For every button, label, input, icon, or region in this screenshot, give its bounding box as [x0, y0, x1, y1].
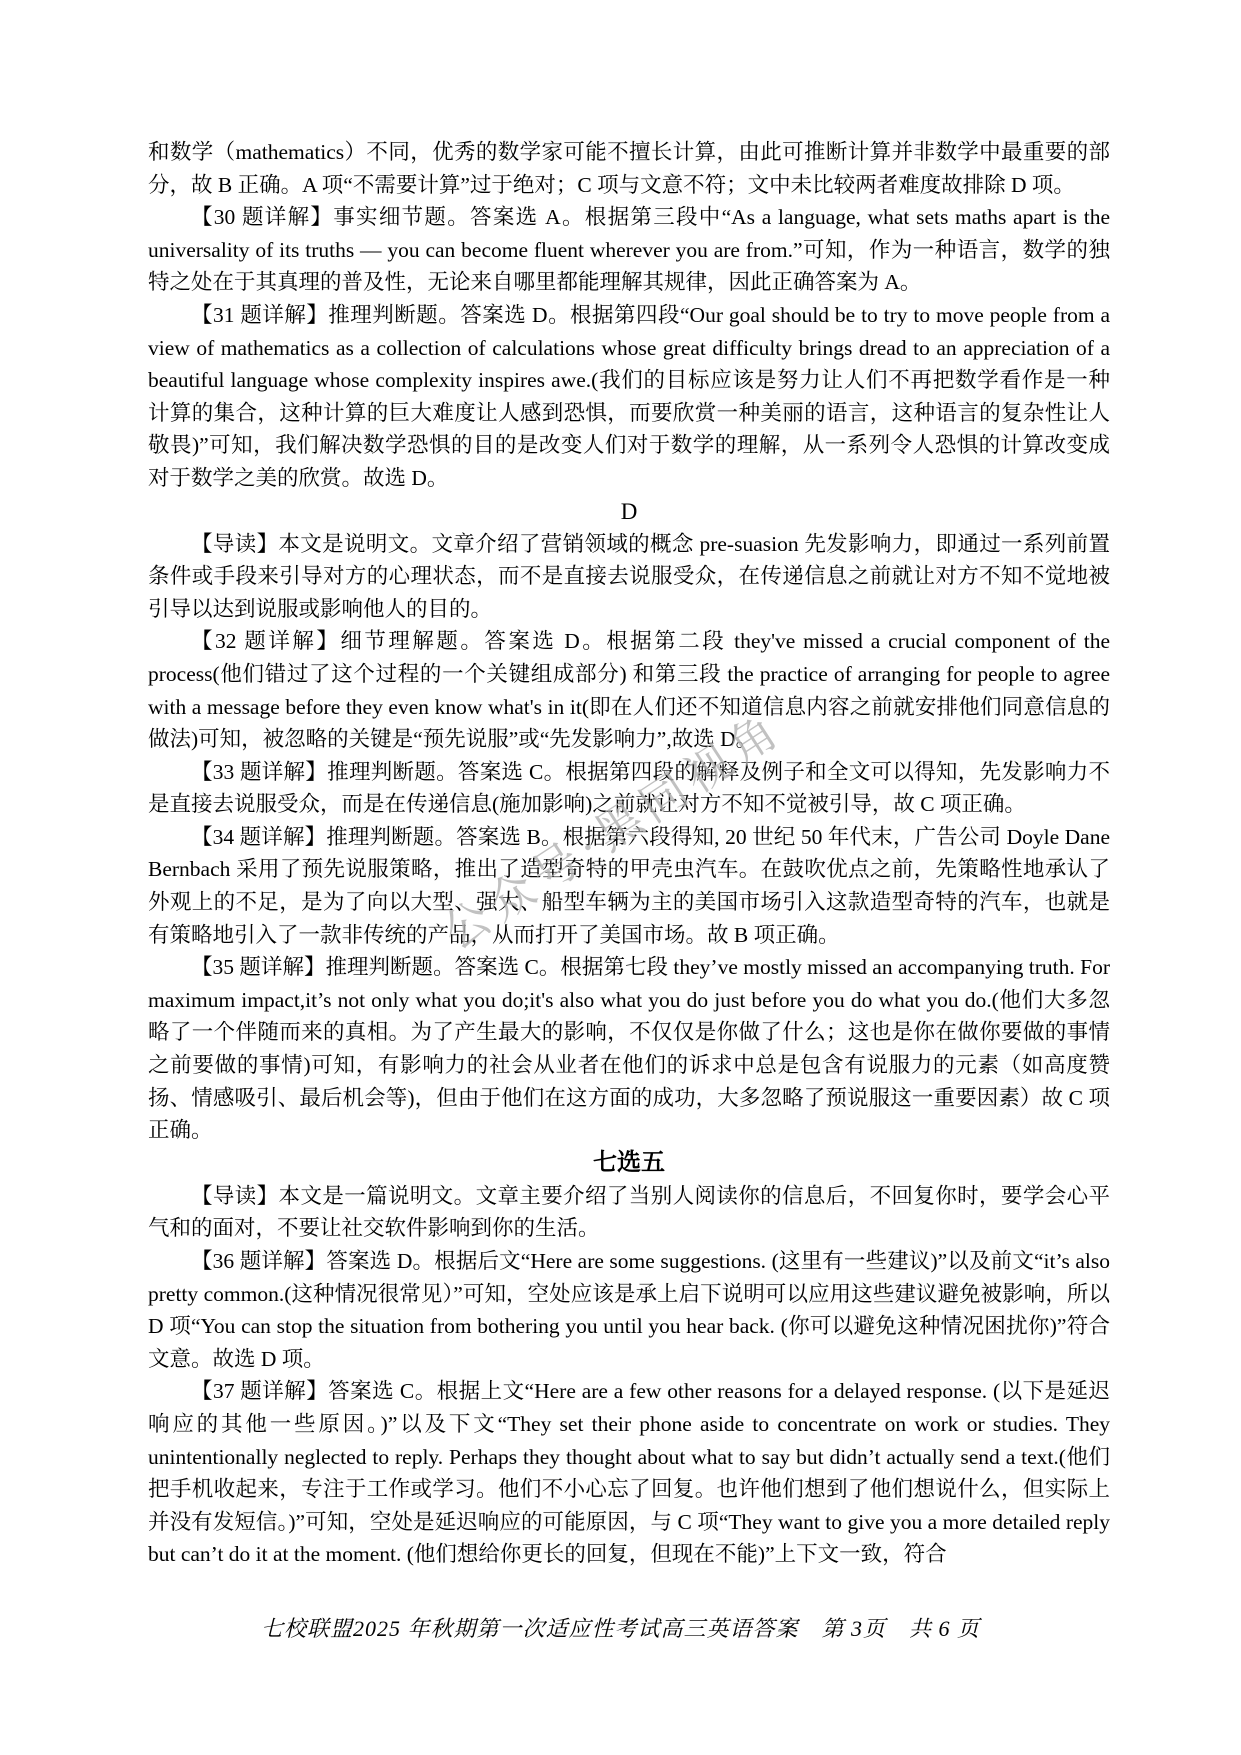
cloze-intro: 【导读】本文是一篇说明文。文章主要介绍了当别人阅读你的信息后，不回复你时，要学会… — [148, 1180, 1110, 1245]
explanation-q33: 【33 题详解】推理判断题。答案选 C。根据第四段的解释及例子和全文可以得知，先… — [148, 756, 1110, 821]
document-page: 公众号·黑同视角 和数学（mathematics）不同，优秀的数学家可能不擅长计… — [0, 0, 1241, 1755]
section-heading-d: D — [148, 495, 1110, 528]
explanation-q30: 【30 题详解】事实细节题。答案选 A。根据第三段中“As a language… — [148, 201, 1110, 299]
paragraph-continuation: 和数学（mathematics）不同，优秀的数学家可能不擅长计算，由此可推断计算… — [148, 136, 1110, 201]
section-heading-cloze: 七选五 — [148, 1147, 1110, 1180]
passage-d-intro: 【导读】本文是说明文。文章介绍了营销领域的概念 pre-suasion 先发影响… — [148, 528, 1110, 626]
explanation-q34: 【34 题详解】推理判断题。答案选 B。根据第六段得知, 20 世纪 50 年代… — [148, 821, 1110, 951]
explanation-q31: 【31 题详解】推理判断题。答案选 D。根据第四段“Our goal shoul… — [148, 299, 1110, 495]
page-footer: 七校联盟2025 年秋期第一次适应性考试高三英语答案 第 3页 共 6 页 — [0, 1612, 1241, 1643]
page-content: 和数学（mathematics）不同，优秀的数学家可能不擅长计算，由此可推断计算… — [148, 136, 1110, 1571]
explanation-q36: 【36 题详解】答案选 D。根据后文“Here are some suggest… — [148, 1245, 1110, 1375]
explanation-q32: 【32 题详解】细节理解题。答案选 D。根据第二段 they've missed… — [148, 625, 1110, 755]
explanation-q35: 【35 题详解】推理判断题。答案选 C。根据第七段 they’ve mostly… — [148, 951, 1110, 1147]
explanation-q37: 【37 题详解】答案选 C。根据上文“Here are a few other … — [148, 1375, 1110, 1571]
